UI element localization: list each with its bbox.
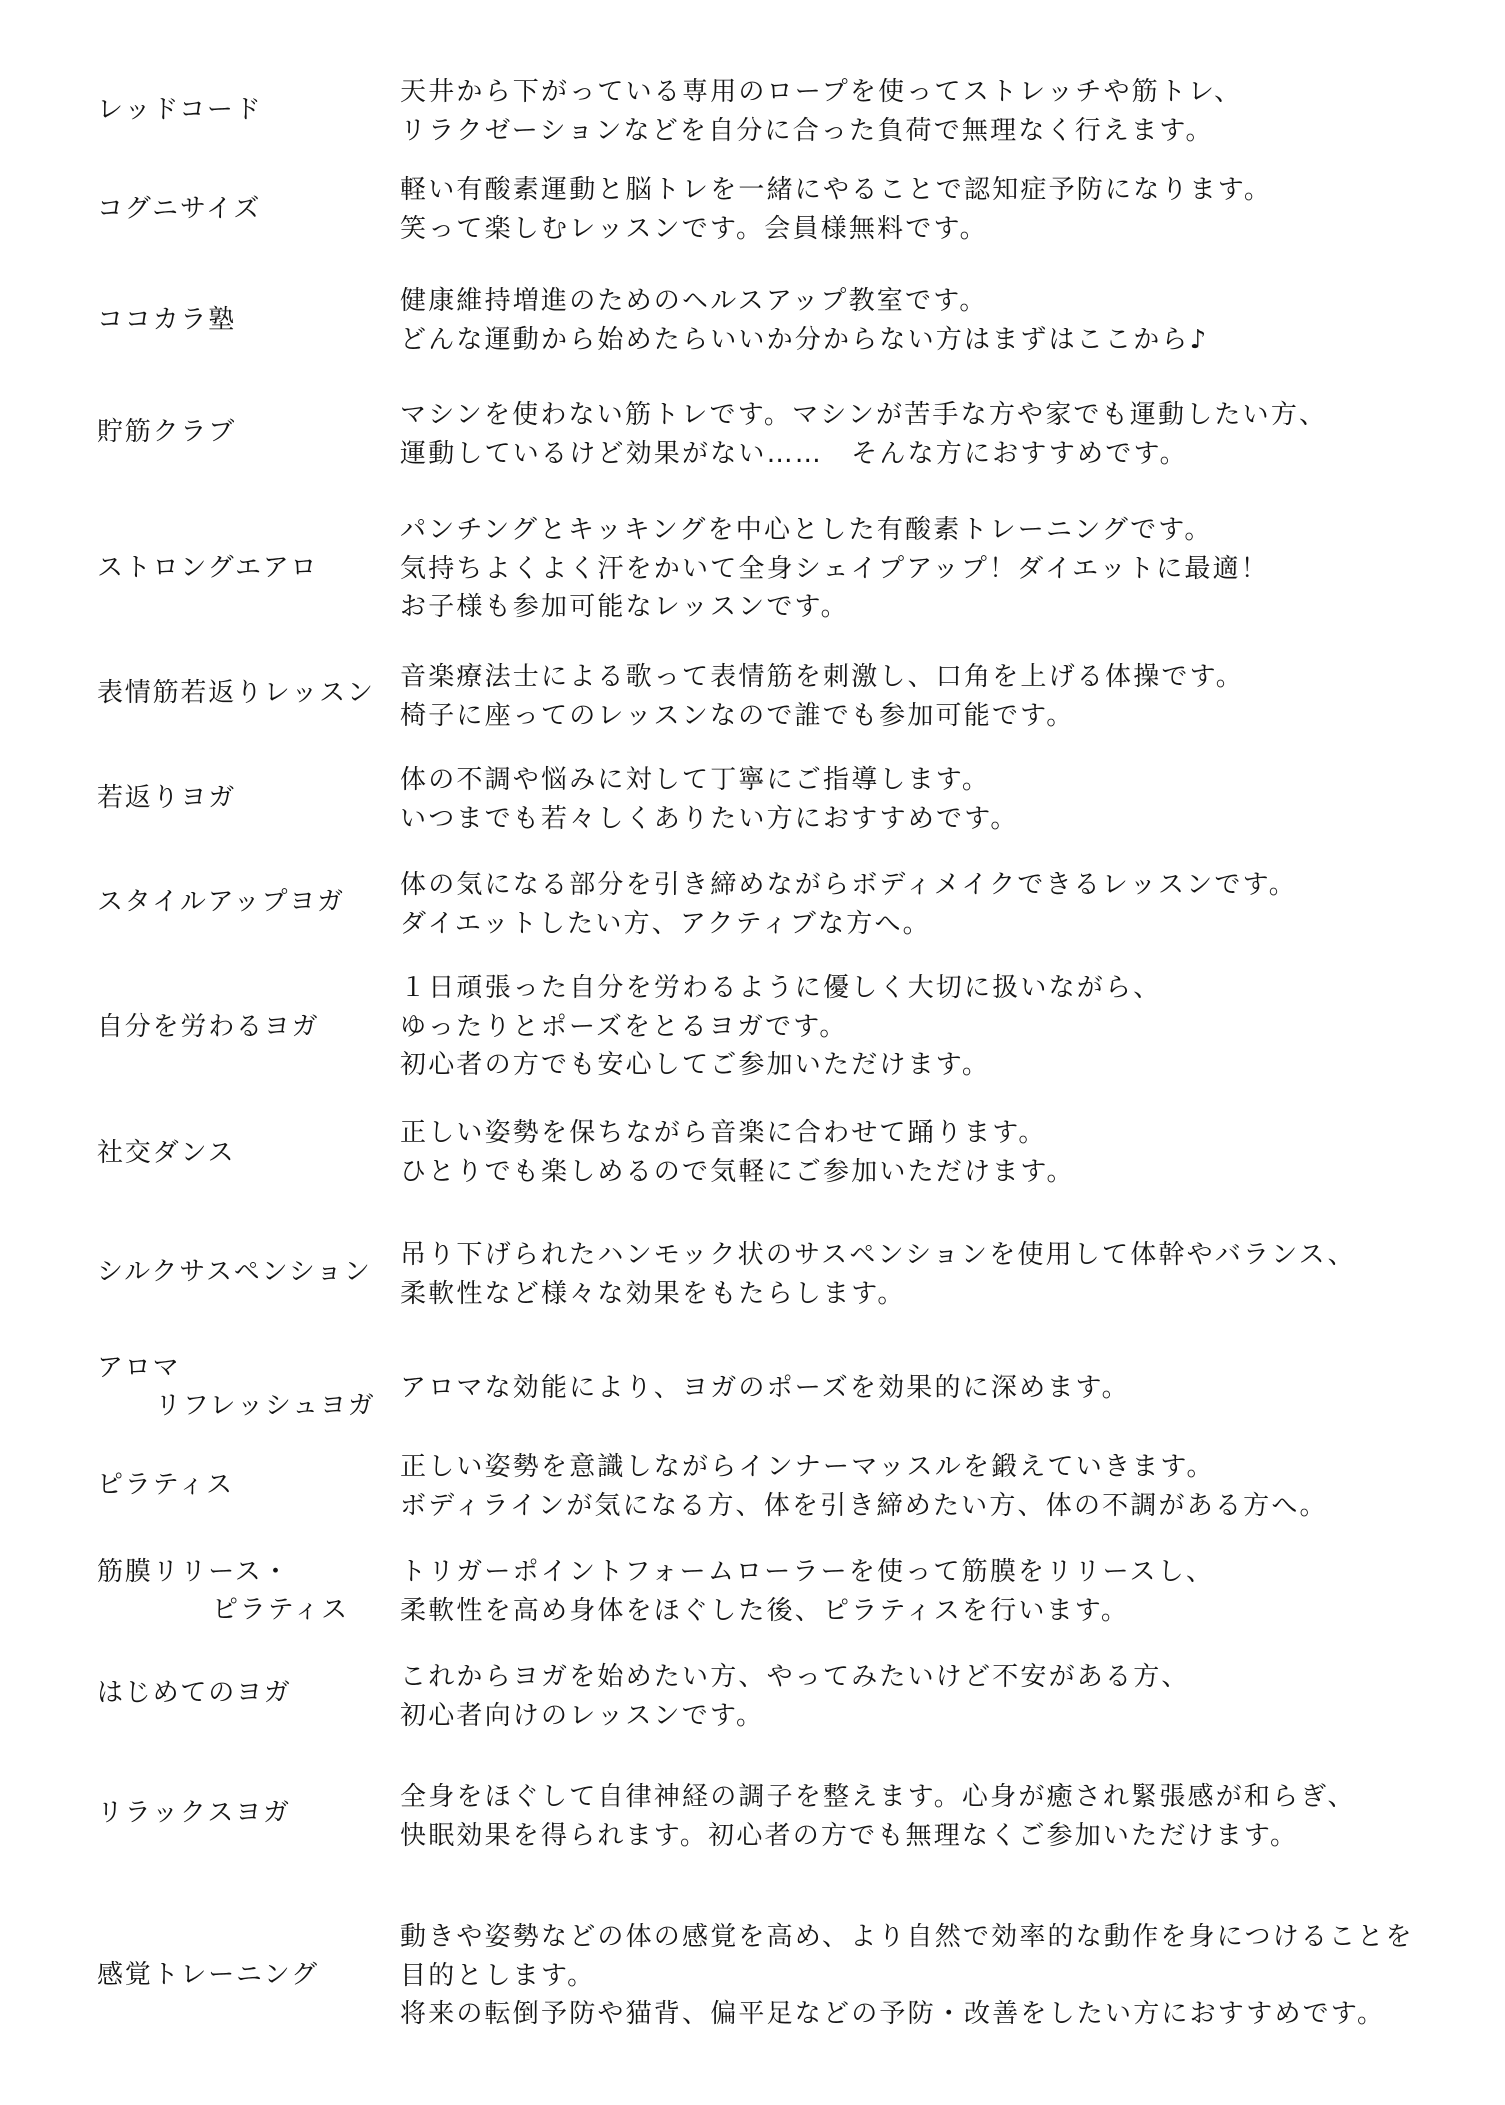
lesson-description: 吊り下げられたハンモック状のサスペンションを使用して体幹やバランス、柔軟性など様… [400, 1236, 1480, 1313]
lesson-description: 体の不調や悩みに対して丁寧にご指導します。いつまでも若々しくありたい方におすすめ… [400, 761, 1480, 838]
lesson-name: シルクサスペンション [97, 1253, 397, 1291]
lesson-description: 動きや姿勢などの体の感覚を高め、より自然で効率的な動作を身につけることを目的とし… [400, 1918, 1480, 2034]
lesson-name: ピラティス [97, 1466, 397, 1504]
lesson-description: 健康維持増進のためのヘルスアップ教室です。どんな運動から始めたらいいか分からない… [400, 282, 1480, 359]
lesson-description: これからヨガを始めたい方、やってみたいけど不安がある方、初心者向けのレッスンです… [400, 1658, 1480, 1735]
lesson-name: コグニサイズ [97, 190, 397, 228]
lesson-description: マシンを使わない筋トレです。マシンが苦手な方や家でも運動したい方、運動しているけ… [400, 396, 1480, 473]
lesson-name: リラックスヨガ [97, 1794, 397, 1832]
lesson-name: 感覚トレーニング [97, 1956, 397, 1994]
lesson-description: トリガーポイントフォームローラーを使って筋膜をリリースし、柔軟性を高め身体をほぐ… [400, 1553, 1480, 1630]
lesson-description: 音楽療法士による歌って表情筋を刺激し、口角を上げる体操です。椅子に座ってのレッス… [400, 658, 1480, 735]
lesson-name: はじめてのヨガ [97, 1674, 397, 1712]
lesson-name: 若返りヨガ [97, 779, 397, 817]
lesson-description: 全身をほぐして自律神経の調子を整えます。心身が癒され緊張感が和らぎ、快眠効果を得… [400, 1778, 1480, 1855]
lesson-description: １日頑張った自分を労わるように優しく大切に扱いながら、ゆったりとポーズをとるヨガ… [400, 969, 1480, 1085]
lesson-name: アロマ リフレッシュヨガ [97, 1349, 397, 1425]
lesson-name: スタイルアップヨガ [97, 883, 397, 921]
lesson-description: パンチングとキッキングを中心とした有酸素トレーニングです。気持ちよくよく汗をかい… [400, 511, 1480, 627]
lesson-description: 軽い有酸素運動と脳トレを一緒にやることで認知症予防になります。笑って楽しむレッス… [400, 171, 1480, 248]
lesson-name: ストロングエアロ [97, 549, 397, 587]
lesson-name: レッドコード [97, 91, 397, 129]
lesson-description: アロマな効能により、ヨガのポーズを効果的に深めます。 [400, 1369, 1480, 1408]
lesson-name: 社交ダンス [97, 1134, 397, 1172]
lesson-name: 表情筋若返りレッスン [97, 674, 397, 712]
lesson-name: ココカラ塾 [97, 301, 397, 339]
lesson-name: 自分を労わるヨガ [97, 1008, 397, 1046]
lesson-description: 天井から下がっている専用のロープを使ってストレッチや筋トレ、リラクゼーションなど… [400, 73, 1480, 150]
lesson-name: 貯筋クラブ [97, 413, 397, 451]
lesson-description: 正しい姿勢を保ちながら音楽に合わせて踊ります。ひとりでも楽しめるので気軽にご参加… [400, 1114, 1480, 1191]
lesson-description: 正しい姿勢を意識しながらインナーマッスルを鍛えていきます。ボディラインが気になる… [400, 1448, 1480, 1525]
lesson-description: 体の気になる部分を引き締めながらボディメイクできるレッスンです。ダイエットしたい… [400, 866, 1480, 943]
lesson-name: 筋膜リリース・ ピラティス [97, 1553, 397, 1629]
